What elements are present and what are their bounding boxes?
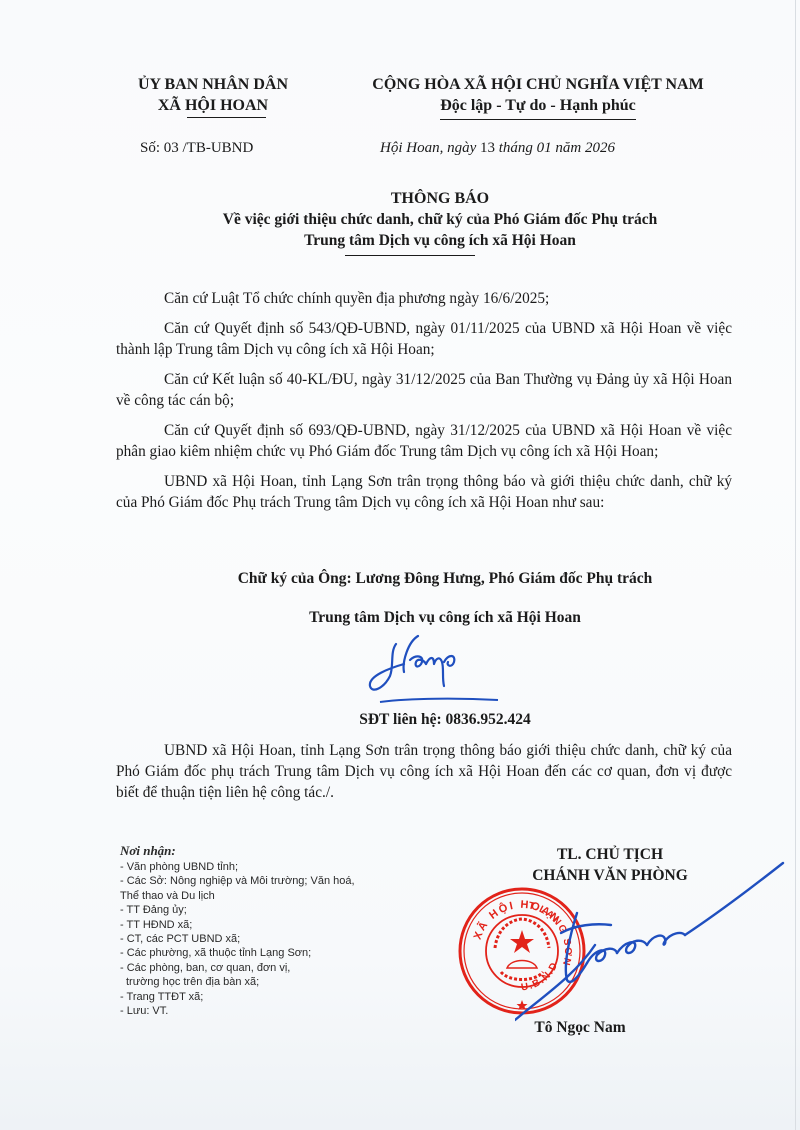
paragraph: Căn cứ Quyết định số 693/QĐ-UBND, ngày 3… <box>116 420 732 462</box>
recipient-item: - Văn phòng UBND tỉnh; <box>120 860 450 874</box>
document-subtitle: Về việc giới thiệu chức danh, chữ ký của… <box>150 209 730 251</box>
recipients-heading: Nơi nhận: <box>120 843 450 859</box>
paragraph: Căn cứ Quyết định số 543/QĐ-UBND, ngày 0… <box>116 318 732 360</box>
recipient-item: - Các phường, xã thuộc tỉnh Lạng Sơn; <box>120 946 450 960</box>
motto: Độc lập - Tự do - Hạnh phúc <box>440 97 636 114</box>
recipient-item: trường học trên địa bàn xã; <box>120 975 450 989</box>
scan-edge <box>795 0 796 1130</box>
recipients-list: Nơi nhận: - Văn phòng UBND tỉnh; - Các S… <box>120 843 450 1018</box>
place-date: Hội Hoan, ngày 13 tháng 01 năm 2026 <box>380 140 615 157</box>
paragraph: Căn cứ Luật Tổ chức chính quyền địa phươ… <box>116 288 732 309</box>
document-body: Căn cứ Luật Tổ chức chính quyền địa phươ… <box>116 288 732 522</box>
signature-caption: Chữ ký của Ông: Lương Đông Hưng, Phó Giá… <box>195 568 695 628</box>
recipient-item: - TT Đảng ủy; <box>120 903 450 917</box>
recipient-item: - Lưu: VT. <box>120 1004 450 1018</box>
authority-line-1: ỦY BAN NHÂN DÂN <box>118 74 308 95</box>
signer-name: Tô Ngọc Nam <box>480 1019 680 1037</box>
authority-line-2: XÃ HỘI HOAN <box>118 95 308 116</box>
national-header: CỘNG HÒA XÃ HỘI CHỦ NGHĨA VIỆT NAM Độc l… <box>328 74 748 116</box>
recipient-item: - Các Sở: Nông nghiệp và Môi trường; Văn… <box>120 874 450 888</box>
contact-phone: SĐT liên hệ: 0836.952.424 <box>195 711 695 729</box>
motto-underline <box>440 119 636 120</box>
title-divider <box>345 255 475 256</box>
signer-signature-icon <box>515 855 785 1025</box>
recipient-item: - CT, các PCT UBND xã; <box>120 932 450 946</box>
paragraph: Căn cứ Kết luận số 40-KL/ĐU, ngày 31/12/… <box>116 369 732 411</box>
day: 13 <box>480 140 495 156</box>
recipient-item: - TT HĐND xã; <box>120 918 450 932</box>
closing-paragraph: UBND xã Hội Hoan, tỉnh Lạng Sơn trân trọ… <box>116 740 732 803</box>
issuing-authority: ỦY BAN NHÂN DÂN XÃ HỘI HOAN <box>118 74 308 116</box>
specimen-signature-icon <box>360 632 500 712</box>
recipient-item: Thể thao và Du lịch <box>120 889 450 903</box>
recipient-item: - Trang TTĐT xã; <box>120 990 450 1004</box>
motto-row: Độc lập - Tự do - Hạnh phúc <box>328 95 748 116</box>
document-number: Số: 03 /TB-UBND <box>140 140 253 157</box>
nation-name: CỘNG HÒA XÃ HỘI CHỦ NGHĨA VIỆT NAM <box>328 74 748 95</box>
authority-name-underlined: HỘI HOAN <box>185 95 268 116</box>
paragraph: UBND xã Hội Hoan, tỉnh Lạng Sơn trân trọ… <box>116 471 732 513</box>
document-title: THÔNG BÁO <box>150 189 730 209</box>
recipient-item: - Các phòng, ban, cơ quan, đơn vị, <box>120 961 450 975</box>
